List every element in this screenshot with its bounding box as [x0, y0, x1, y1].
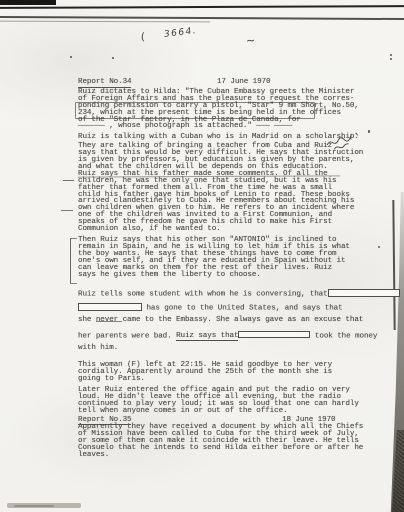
- paragraph-woman-departure: This woman (F) left at 22:15. He said go…: [78, 362, 380, 383]
- scan-artifact-line-second: [0, 16, 404, 20]
- redacted-line-3: she never came to the Embassy. She alway…: [78, 317, 380, 324]
- redacted-line-5: with him.: [78, 345, 380, 352]
- redaction-box-3: [238, 331, 310, 339]
- redacted-line-4-underlined: Ruiz says that: [176, 332, 238, 341]
- paragraph-scholarship: Ruiz is talking with a Cuban who is in M…: [78, 134, 380, 141]
- redacted-line-3-text: she never came to the Embassy. She alway…: [78, 316, 363, 324]
- paragraph-radio: Later Ruiz entered the office again and …: [78, 387, 380, 415]
- report1-date: 17 June 1970: [217, 79, 270, 86]
- scan-artifact-line-faint: [0, 21, 210, 23]
- redacted-line-4-text-c: took the money: [310, 332, 377, 340]
- redacted-line-1: Ruiz tells some student with whom he is …: [78, 289, 380, 296]
- scan-speck: [390, 54, 392, 56]
- scan-speck: [112, 57, 114, 59]
- redacted-line-1-text: Ruiz tells some student with whom he is …: [78, 291, 328, 299]
- scanned-document-page: ( 3664. ~ Report No.34 17 June 1970 Ruiz…: [0, 0, 404, 512]
- pencil-left-bracket: [70, 238, 77, 284]
- handwritten-tilde-mark: ~: [246, 34, 256, 48]
- paragraph-chiefs-of-mission: Apparently they have received a document…: [78, 424, 380, 459]
- scan-artifact-corner-bar: [0, 0, 56, 5]
- paragraph-redacted-student: Ruiz tells some student with whom he is …: [78, 282, 380, 358]
- handwritten-paren-mark: (: [140, 32, 146, 44]
- redacted-line-2-text: has gone to the United States, and says …: [142, 305, 343, 313]
- pencil-highlight-box: [75, 102, 315, 119]
- scan-speck: [70, 56, 72, 58]
- margin-dash-mark: [63, 180, 74, 181]
- document-body: Report No.34 17 June 1970 Ruiz dictates …: [78, 79, 380, 463]
- redacted-line-5-text: with him.: [78, 344, 118, 352]
- redaction-box-2: [78, 303, 142, 311]
- margin-dash-mark: [61, 210, 73, 211]
- paragraph-antonio: Then Ruiz says that his other son "ANTON…: [78, 237, 380, 278]
- redaction-box-1: [328, 289, 400, 297]
- redacted-line-2: has gone to the United States, and says …: [78, 303, 380, 310]
- report2-header: Report No.35 18 June 1970: [78, 417, 380, 424]
- scan-artifact-line-top: [0, 5, 404, 9]
- report2-date: 18 June 1970: [282, 417, 335, 424]
- report1-number: Report No.34: [78, 78, 131, 88]
- redacted-line-4: her parents were bad. Ruiz says that too…: [78, 331, 380, 338]
- paragraph-teacher-education: They are talking of bringing a teacher f…: [78, 143, 380, 233]
- pencil-underline-mark: [96, 321, 122, 322]
- redacted-line-4-text-a: her parents were bad.: [78, 332, 176, 340]
- report2-number: Report No.35: [78, 416, 131, 426]
- scan-speck: [390, 58, 392, 60]
- handwritten-number: 3664.: [164, 26, 198, 40]
- scan-artifact-right-edge-line: [393, 200, 396, 330]
- report1-header: Report No.34 17 June 1970: [78, 79, 380, 86]
